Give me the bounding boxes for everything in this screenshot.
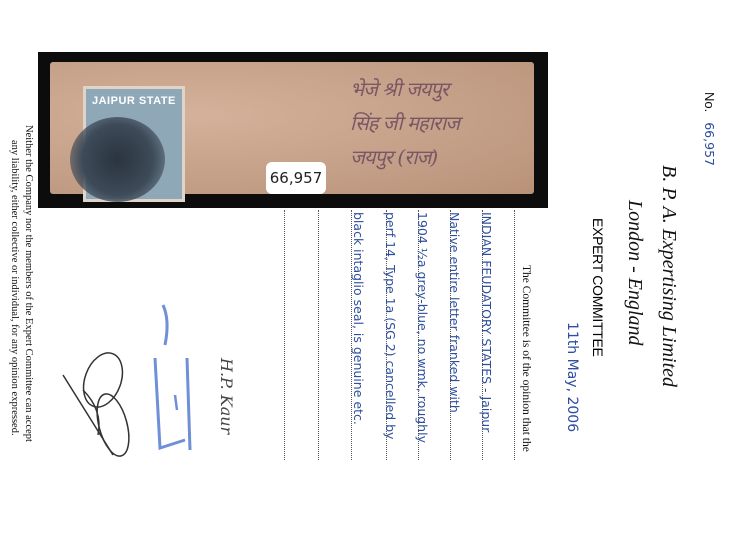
stamp-text: JAIPUR STATE: [92, 95, 176, 107]
signature-1: H.P. Kaur: [217, 358, 236, 434]
script-line: जयपुर (राज): [350, 140, 540, 174]
opinion-line: INDIAN FEUDATORY STATES - Jaipur: [479, 212, 494, 432]
opinion-line: perf 14, Type 1a (SG 2) cancelled by: [383, 212, 398, 439]
cert-number: No. 66,957: [700, 92, 718, 166]
disclaimer-line-2: any liability, either collective or indi…: [9, 140, 20, 436]
dotted-line: [284, 210, 285, 460]
date: 11th May, 2006: [564, 322, 580, 432]
cancellation-seal: [70, 117, 165, 202]
opinion-line: black intaglio seal, is genuine etc.: [351, 212, 366, 425]
number-label: No.: [702, 92, 717, 112]
opinion-intro: The Committee is of the opinion that the: [520, 265, 532, 452]
dotted-line: [318, 210, 319, 460]
script-line: सिंह जी महाराज: [350, 106, 540, 140]
script-line: भेजे श्री जयपुर: [350, 72, 540, 106]
number-value: 66,957: [702, 122, 717, 166]
committee-title: EXPERT COMMITTEE: [590, 218, 606, 357]
opinion-line: 1904 ½a grey-blue, no wmk, roughly: [415, 212, 430, 443]
reference-label: 66,957: [266, 162, 326, 194]
company-location: London - England: [623, 200, 646, 346]
cover-photo: JAIPUR STATE भेजे श्री जयपुर सिंह जी महा…: [38, 52, 548, 208]
dotted-line: [514, 210, 515, 460]
opinion-line: Native entire letter franked with: [447, 212, 462, 413]
signature-3: [58, 350, 148, 465]
address-script: भेजे श्री जयपुर सिंह जी महाराज जयपुर (रा…: [350, 72, 540, 182]
signature-2: [145, 300, 205, 460]
envelope: JAIPUR STATE भेजे श्री जयपुर सिंह जी महा…: [50, 62, 534, 194]
disclaimer-line-1: Neither the Company nor the members of t…: [23, 125, 34, 442]
company-name: B. P. A. Expertising Limited: [657, 165, 680, 387]
